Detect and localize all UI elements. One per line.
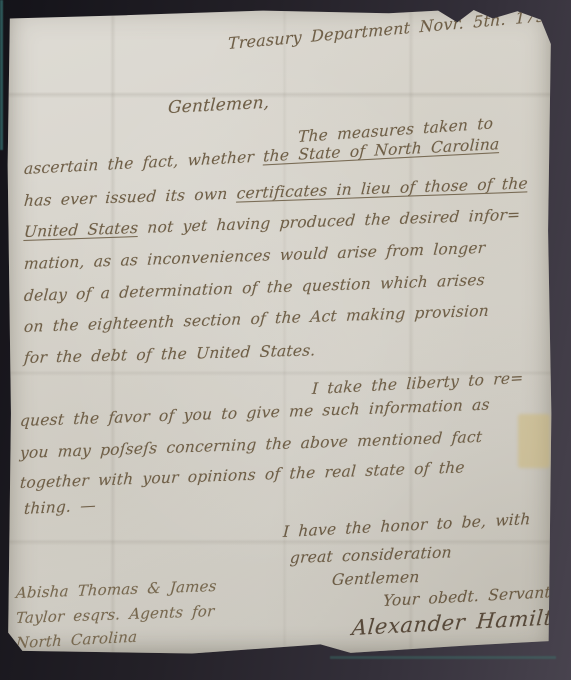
body-line: thing. —	[24, 496, 97, 518]
tape-stain	[518, 414, 550, 468]
closing-line: Gentlemen	[331, 568, 420, 589]
paper-fold-creases	[6, 8, 553, 662]
body-line-text: thing. —	[24, 496, 97, 518]
letter-paper: Treasury Department Novr. 5th. 1791 Gent…	[6, 8, 553, 662]
letter-photograph: Treasury Department Novr. 5th. 1791 Gent…	[0, 0, 571, 680]
photo-artifact-bottom-edge	[330, 656, 556, 659]
photo-artifact-left-edge	[0, 0, 3, 150]
